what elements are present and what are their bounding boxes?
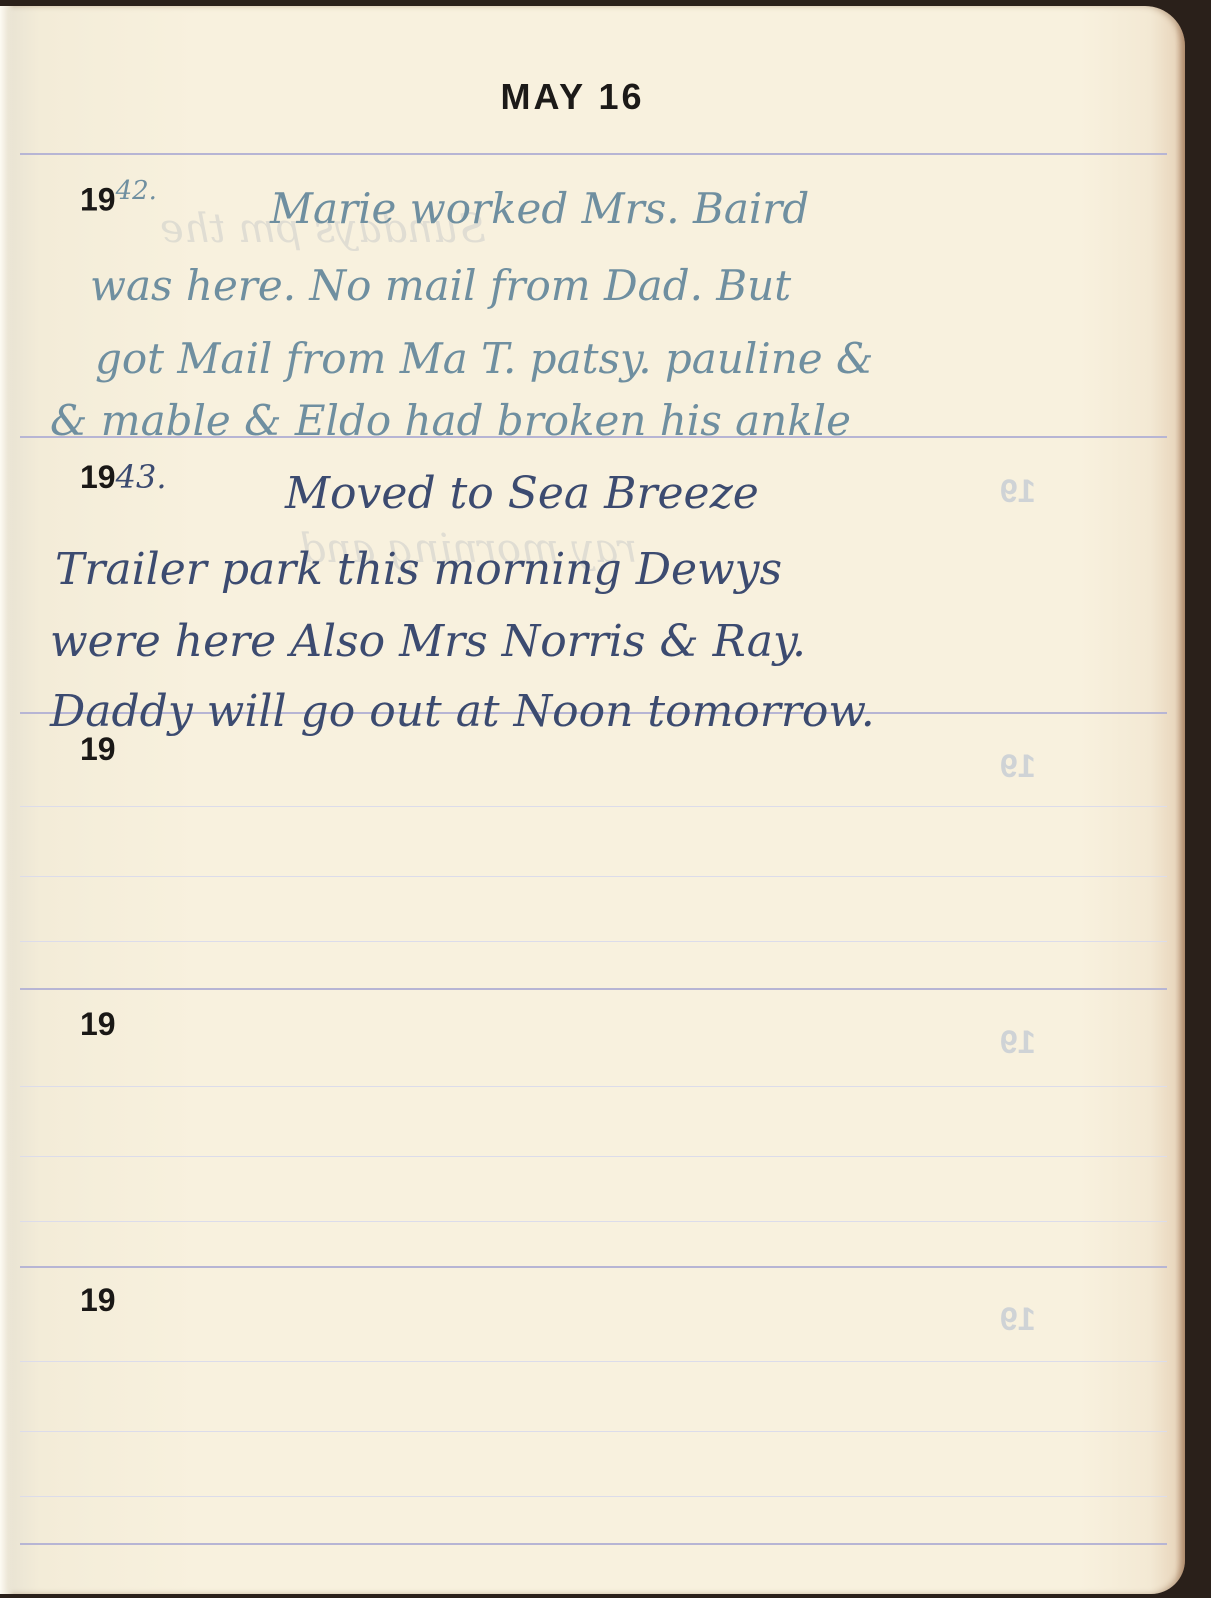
section-divider	[20, 1543, 1167, 1545]
handwritten-year-suffix: 43.	[116, 458, 167, 496]
handwritten-line: Trailer park this morning Dewys	[55, 544, 782, 595]
year-label: 19	[80, 731, 116, 768]
ghost-year-label: 19	[1000, 1301, 1036, 1338]
year-label: 19	[80, 1282, 116, 1319]
year-label: 1942.	[80, 176, 157, 219]
section-divider	[20, 988, 1167, 990]
handwritten-line: & mable & Eldo had broken his ankle	[50, 396, 851, 445]
writing-line	[20, 876, 1167, 877]
handwritten-line: got Mail from Ma T. patsy. pauline &	[95, 334, 873, 383]
writing-line	[20, 1086, 1167, 1087]
writing-line	[20, 806, 1167, 807]
printed-year-prefix: 19	[80, 459, 116, 495]
page-title: MAY 16	[0, 76, 1145, 118]
writing-line	[20, 1221, 1167, 1222]
handwritten-line: Marie worked Mrs. Baird	[270, 184, 809, 233]
writing-line	[20, 1361, 1167, 1362]
section-divider	[20, 153, 1167, 155]
writing-line	[20, 1431, 1167, 1432]
year-label: 19	[80, 1006, 116, 1043]
handwritten-line: Moved to Sea Breeze	[285, 468, 759, 519]
writing-line	[20, 941, 1167, 942]
printed-year-prefix: 19	[80, 182, 116, 218]
diary-page: MAY 16 Sundays pm the ray morning and 19…	[0, 6, 1185, 1594]
handwritten-line: were here Also Mrs Norris & Ray.	[50, 616, 806, 667]
writing-line	[20, 1156, 1167, 1157]
binding-edge	[0, 6, 14, 1594]
handwritten-line: Daddy will go out at Noon tomorrow.	[50, 686, 875, 737]
ghost-year-label: 19	[1000, 473, 1036, 510]
section-divider	[20, 1266, 1167, 1268]
ghost-year-label: 19	[1000, 1024, 1036, 1061]
handwritten-year-suffix: 42.	[116, 176, 157, 206]
year-label: 1943.	[80, 458, 166, 496]
handwritten-line: was here. No mail from Dad. But	[90, 261, 791, 310]
ghost-year-label: 19	[1000, 748, 1036, 785]
writing-line	[20, 1496, 1167, 1497]
